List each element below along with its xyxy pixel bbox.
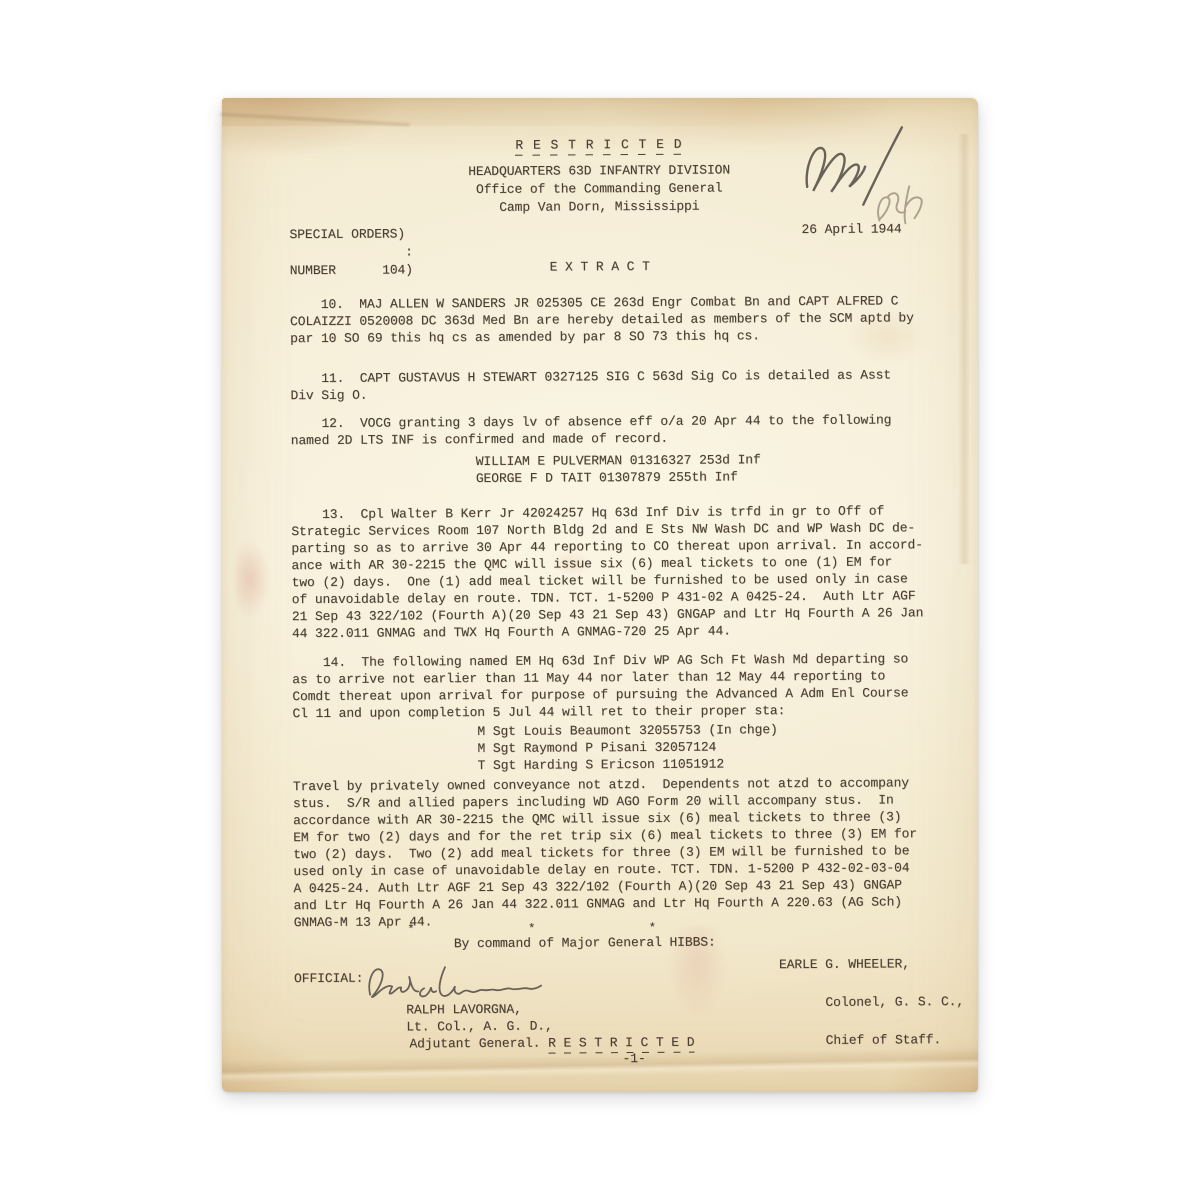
document-page: R E S T R I C T E D HEADQUARTERS 63D INF… — [222, 98, 978, 1092]
commander-title: Chief of Staff. — [826, 1032, 942, 1048]
paragraph-12-names: WILLIAM E PULVERMAN 01316327 253d Inf GE… — [291, 451, 761, 488]
paragraph-13: 13. Cpl Walter B Kerr Jr 42024257 Hq 63d… — [291, 502, 923, 642]
paragraph-10: 10. MAJ ALLEN W SANDERS JR 025305 CE 263… — [290, 292, 914, 347]
signer-rank: Lt. Col., A. G. D., — [406, 1018, 552, 1036]
paragraph-14: 14. The following named EM Hq 63d Inf Di… — [292, 650, 909, 722]
commander-block: EARLE G. WHEELER, Colonel, G. S. C., Chi… — [779, 954, 964, 1050]
extract-title: E X T R A C T — [222, 256, 978, 278]
page-number: -1- — [622, 1050, 645, 1067]
commander-name: EARLE G. WHEELER, — [779, 956, 910, 972]
commander-rank: Colonel, G. S. C., — [825, 994, 964, 1010]
classification-banner-text: R E S T R I C T E D — [515, 137, 682, 156]
adjutant-line: Adjutant General. R E S T R I C T E D — [409, 1034, 694, 1053]
travel-paragraph: Travel by privately owned conveyance not… — [293, 774, 918, 931]
typed-layer: R E S T R I C T E D HEADQUARTERS 63D INF… — [221, 94, 983, 1093]
official-label: OFFICIAL: — [294, 970, 363, 987]
paragraph-12: 12. VOCG granting 3 days lv of absence e… — [291, 411, 892, 449]
paragraph-11: 11. CAPT GUSTAVUS H STEWART 0327125 SIG … — [290, 366, 891, 404]
signer-name: RALPH LAVORGNA, — [406, 1001, 522, 1019]
handwritten-initials — [793, 122, 939, 241]
classification-footer: R E S T R I C T E D — [548, 1035, 694, 1054]
by-command-line: By command of Major General HIBBS: — [454, 934, 716, 953]
adjutant-label: Adjutant General. — [409, 1036, 548, 1052]
paragraph-14-names: M Sgt Louis Beaumont 32055753 (In chge) … — [292, 721, 777, 775]
